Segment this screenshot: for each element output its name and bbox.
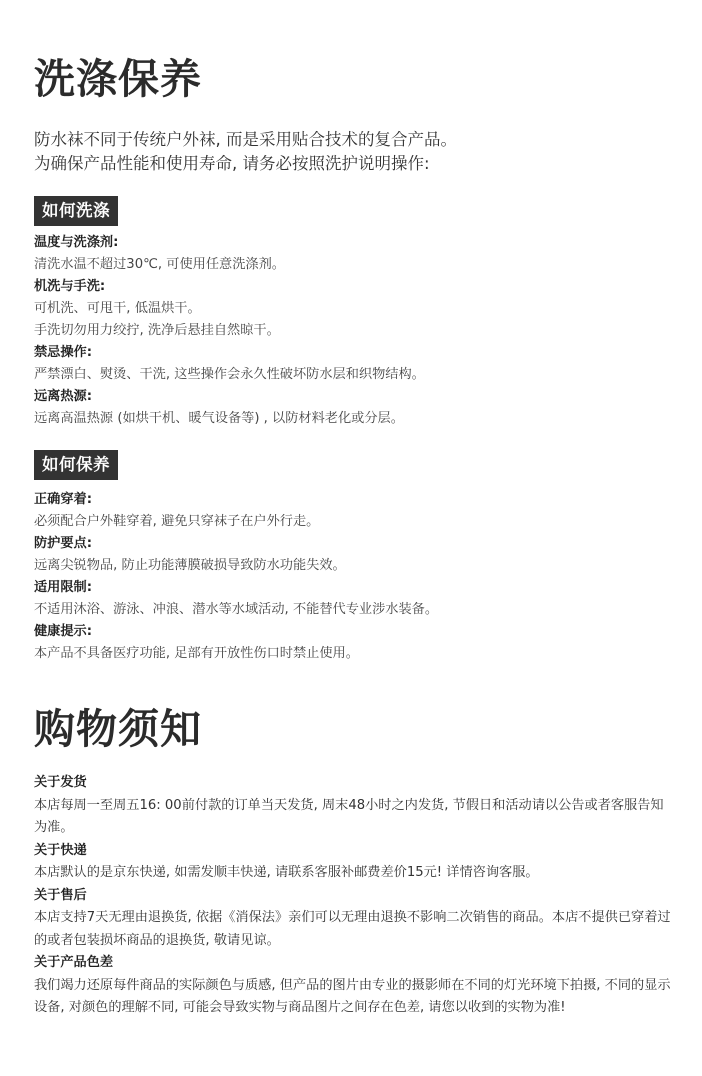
washing-item-text: 可机洗、可甩干, 低温烘干。 (34, 298, 684, 320)
shopping-title: 购物须知 (34, 705, 202, 753)
maintenance-item-label: 正确穿着: (34, 489, 684, 511)
shopping-item-label: 关于售后 (34, 885, 674, 908)
care-title: 洗涤保养 (34, 55, 202, 103)
maintenance-item-text: 必须配合户外鞋穿着, 避免只穿袜子在户外行走。 (34, 511, 684, 533)
maintenance-item-label: 健康提示: (34, 621, 684, 643)
washing-item-label: 机洗与手洗: (34, 276, 684, 298)
shopping-item-text: 本店每周一至周五16: 00前付款的订单当天发货, 周末48小时之内发货, 节假… (34, 795, 674, 840)
washing-item-text: 远离高温热源 (如烘干机、暖气设备等) , 以防材料老化或分层。 (34, 408, 684, 430)
washing-item-text: 严禁漂白、熨烫、干洗, 这些操作会永久性破坏防水层和织物结构。 (34, 364, 684, 386)
washing-item-label: 温度与洗涤剂: (34, 232, 684, 254)
shopping-item-text: 本店默认的是京东快递, 如需发顺丰快递, 请联系客服补邮费差价15元! 详情咨询… (34, 862, 674, 885)
shopping-item-text: 我们竭力还原每件商品的实际颜色与质感, 但产品的图片由专业的摄影师在不同的灯光环… (34, 975, 674, 1020)
washing-item-label: 禁忌操作: (34, 342, 684, 364)
intro-line: 防水袜不同于传统户外袜, 而是采用贴合技术的复合产品。 (34, 128, 457, 152)
intro-line: 为确保产品性能和使用寿命, 请务必按照洗护说明操作: (34, 152, 457, 176)
maintenance-item-text: 不适用沐浴、游泳、冲浪、潜水等水域活动, 不能替代专业涉水装备。 (34, 599, 684, 621)
maintenance-section: 正确穿着: 必须配合户外鞋穿着, 避免只穿袜子在户外行走。 防护要点: 远离尖锐… (34, 489, 684, 665)
shopping-item-text: 本店支持7天无理由退换货, 依据《消保法》亲们可以无理由退换不影响二次销售的商品… (34, 907, 674, 952)
maintenance-item-label: 防护要点: (34, 533, 684, 555)
shopping-section: 关于发货 本店每周一至周五16: 00前付款的订单当天发货, 周末48小时之内发… (34, 772, 674, 1020)
maintenance-item-text: 本产品不具备医疗功能, 足部有开放性伤口时禁止使用。 (34, 643, 684, 665)
shopping-item-label: 关于快递 (34, 840, 674, 863)
washing-badge: 如何洗涤 (34, 196, 118, 226)
maintenance-item-label: 适用限制: (34, 577, 684, 599)
shopping-item-label: 关于产品色差 (34, 952, 674, 975)
washing-item-label: 远离热源: (34, 386, 684, 408)
washing-item-text: 清洗水温不超过30℃, 可使用任意洗涤剂。 (34, 254, 684, 276)
care-intro: 防水袜不同于传统户外袜, 而是采用贴合技术的复合产品。 为确保产品性能和使用寿命… (34, 128, 457, 176)
washing-section: 温度与洗涤剂: 清洗水温不超过30℃, 可使用任意洗涤剂。 机洗与手洗: 可机洗… (34, 232, 684, 430)
maintenance-badge: 如何保养 (34, 450, 118, 480)
washing-item-text: 手洗切勿用力绞拧, 洗净后悬挂自然晾干。 (34, 320, 684, 342)
shopping-item-label: 关于发货 (34, 772, 674, 795)
maintenance-item-text: 远离尖锐物品, 防止功能薄膜破损导致防水功能失效。 (34, 555, 684, 577)
